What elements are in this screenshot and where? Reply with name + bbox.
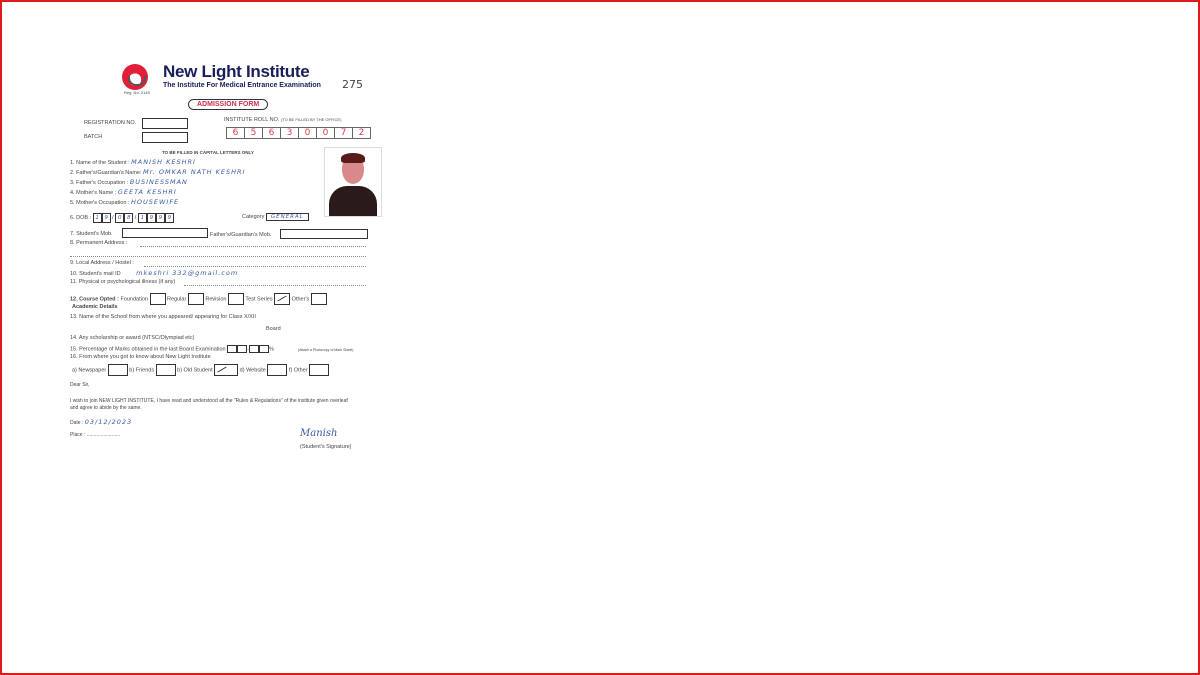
board-label: Board [266, 326, 281, 332]
course-checkbox[interactable] [150, 293, 166, 305]
percentage-row: 15. Percentage of Marks obtained in the … [70, 345, 274, 353]
admission-form: Reg. No. 2149 New Light Institute The In… [60, 50, 390, 460]
dob-digit: 0 [115, 213, 124, 223]
school-label: 13. Name of the School from where you ap… [70, 314, 256, 320]
course-checkbox[interactable] [311, 293, 327, 305]
source-row: a) Newspaper b) Friends b) Old Student d… [72, 364, 329, 376]
source-checkbox[interactable] [156, 364, 176, 376]
dob-row: 6. DOB : 19 / 08 / 1999 [70, 213, 174, 223]
student-mob-label: 7. Student's Mob. [70, 231, 113, 237]
source-option-label: d) Website [238, 367, 267, 373]
roll-digit: 0 [316, 127, 334, 139]
course-option-label: Foundation [120, 296, 149, 302]
illness-label: 11. Physical or psychological illness (i… [70, 279, 175, 285]
date-row: Date : 03/12/2023 [70, 419, 132, 427]
salutation: Dear Sir, [70, 382, 89, 389]
course-checkbox[interactable] [228, 293, 244, 305]
dob-digit: 9 [147, 213, 156, 223]
dob-digit: 9 [165, 213, 174, 223]
student-signature: Manish [300, 428, 337, 439]
dob-digit: 1 [138, 213, 147, 223]
course-option-label: Other's [290, 296, 311, 302]
source-checkbox[interactable] [309, 364, 329, 376]
reg-number: Reg. No. 2149 [124, 90, 150, 95]
batch-label: BATCH [84, 134, 102, 140]
roll-digit: 5 [244, 127, 262, 139]
category-row: Category GENERAL [242, 214, 309, 220]
roll-label: INSTITUTE ROLL NO. (TO BE FILLED BY THE … [224, 117, 341, 123]
dob-digit: 8 [124, 213, 133, 223]
mother-name-row: 4. Mother's Name : GEETA KESHRI [70, 188, 177, 196]
dob-digit: 9 [156, 213, 165, 223]
source-checkbox[interactable] [214, 364, 238, 376]
course-option-label: Revision [204, 296, 228, 302]
roll-digit: 0 [298, 127, 316, 139]
scholarship-label: 14. Any scholarship or award (NTSC/Olymp… [70, 335, 194, 341]
mother-occupation-row: 5. Mother's Occupation : HOUSEWIFE [70, 198, 179, 206]
father-name-row: 2. Father's/Guardian's Name: Mr. OMKAR N… [70, 168, 245, 176]
capital-letters-instruction: TO BE FILLED IN CAPITAL LETTERS ONLY [162, 150, 254, 155]
roll-number-boxes: 65630072 [226, 127, 371, 139]
student-mob-field[interactable] [122, 228, 208, 238]
source-label: 16. From where you got to know about New… [70, 354, 211, 360]
student-name-row: 1. Name of the Student : MANISH KESHRI [70, 158, 322, 166]
signature-label: (Student's Signature) [300, 444, 352, 450]
guardian-mob-label: Father's/Guardian's Mob. [210, 232, 271, 238]
email-value: mkeshri 332@gmail.com [136, 269, 238, 277]
course-checkbox[interactable] [188, 293, 204, 305]
source-option-label: a) Newspaper [72, 367, 108, 373]
student-name-value: MANISH KESHRI [131, 158, 196, 166]
source-checkbox[interactable] [108, 364, 128, 376]
local-address-label: 9. Local Address / Hostel : [70, 260, 134, 266]
category-value: GENERAL [266, 213, 309, 221]
guardian-mob-field[interactable] [280, 229, 368, 239]
course-option-label: Test Series [244, 296, 274, 302]
dob-digit: 9 [102, 213, 111, 223]
institute-tagline: The Institute For Medical Entrance Exami… [163, 82, 321, 89]
permanent-address-label: 8. Permanent Address : [70, 240, 127, 246]
declaration-text: I wish to join NEW LIGHT INSTITUTE, I ha… [70, 398, 350, 412]
batch-field[interactable] [142, 132, 188, 143]
form-number: 275 [342, 78, 363, 91]
student-photo [324, 147, 382, 217]
dob-digit: 1 [93, 213, 102, 223]
percentage-note: (Attach a Photocopy of Mark Sheet) [298, 348, 353, 352]
source-option-label: f) Other [287, 367, 309, 373]
course-checkbox[interactable] [274, 293, 290, 305]
father-occupation-row: 3. Father's Occupation : BUSINESSMAN [70, 178, 188, 186]
form-title: ADMISSION FORM [188, 99, 268, 110]
academic-heading: Academic Details [72, 304, 118, 310]
roll-digit: 6 [226, 127, 244, 139]
roll-digit: 7 [334, 127, 352, 139]
registration-field[interactable] [142, 118, 188, 129]
email-row: 10. Student's mail ID mkeshri 332@gmail.… [70, 269, 238, 277]
roll-digit: 2 [352, 127, 371, 139]
source-option-label: b) Friends [128, 367, 156, 373]
course-option-label: Regular [166, 296, 188, 302]
place-row: Place : ........................ [70, 432, 120, 439]
source-option-label: b) Old Student [176, 367, 215, 373]
roll-digit: 6 [262, 127, 280, 139]
source-checkbox[interactable] [267, 364, 287, 376]
roll-digit: 3 [280, 127, 298, 139]
institute-logo-icon [122, 64, 148, 90]
registration-label: REGISTRATION NO. [84, 120, 136, 126]
institute-name: New Light Institute [163, 62, 309, 82]
